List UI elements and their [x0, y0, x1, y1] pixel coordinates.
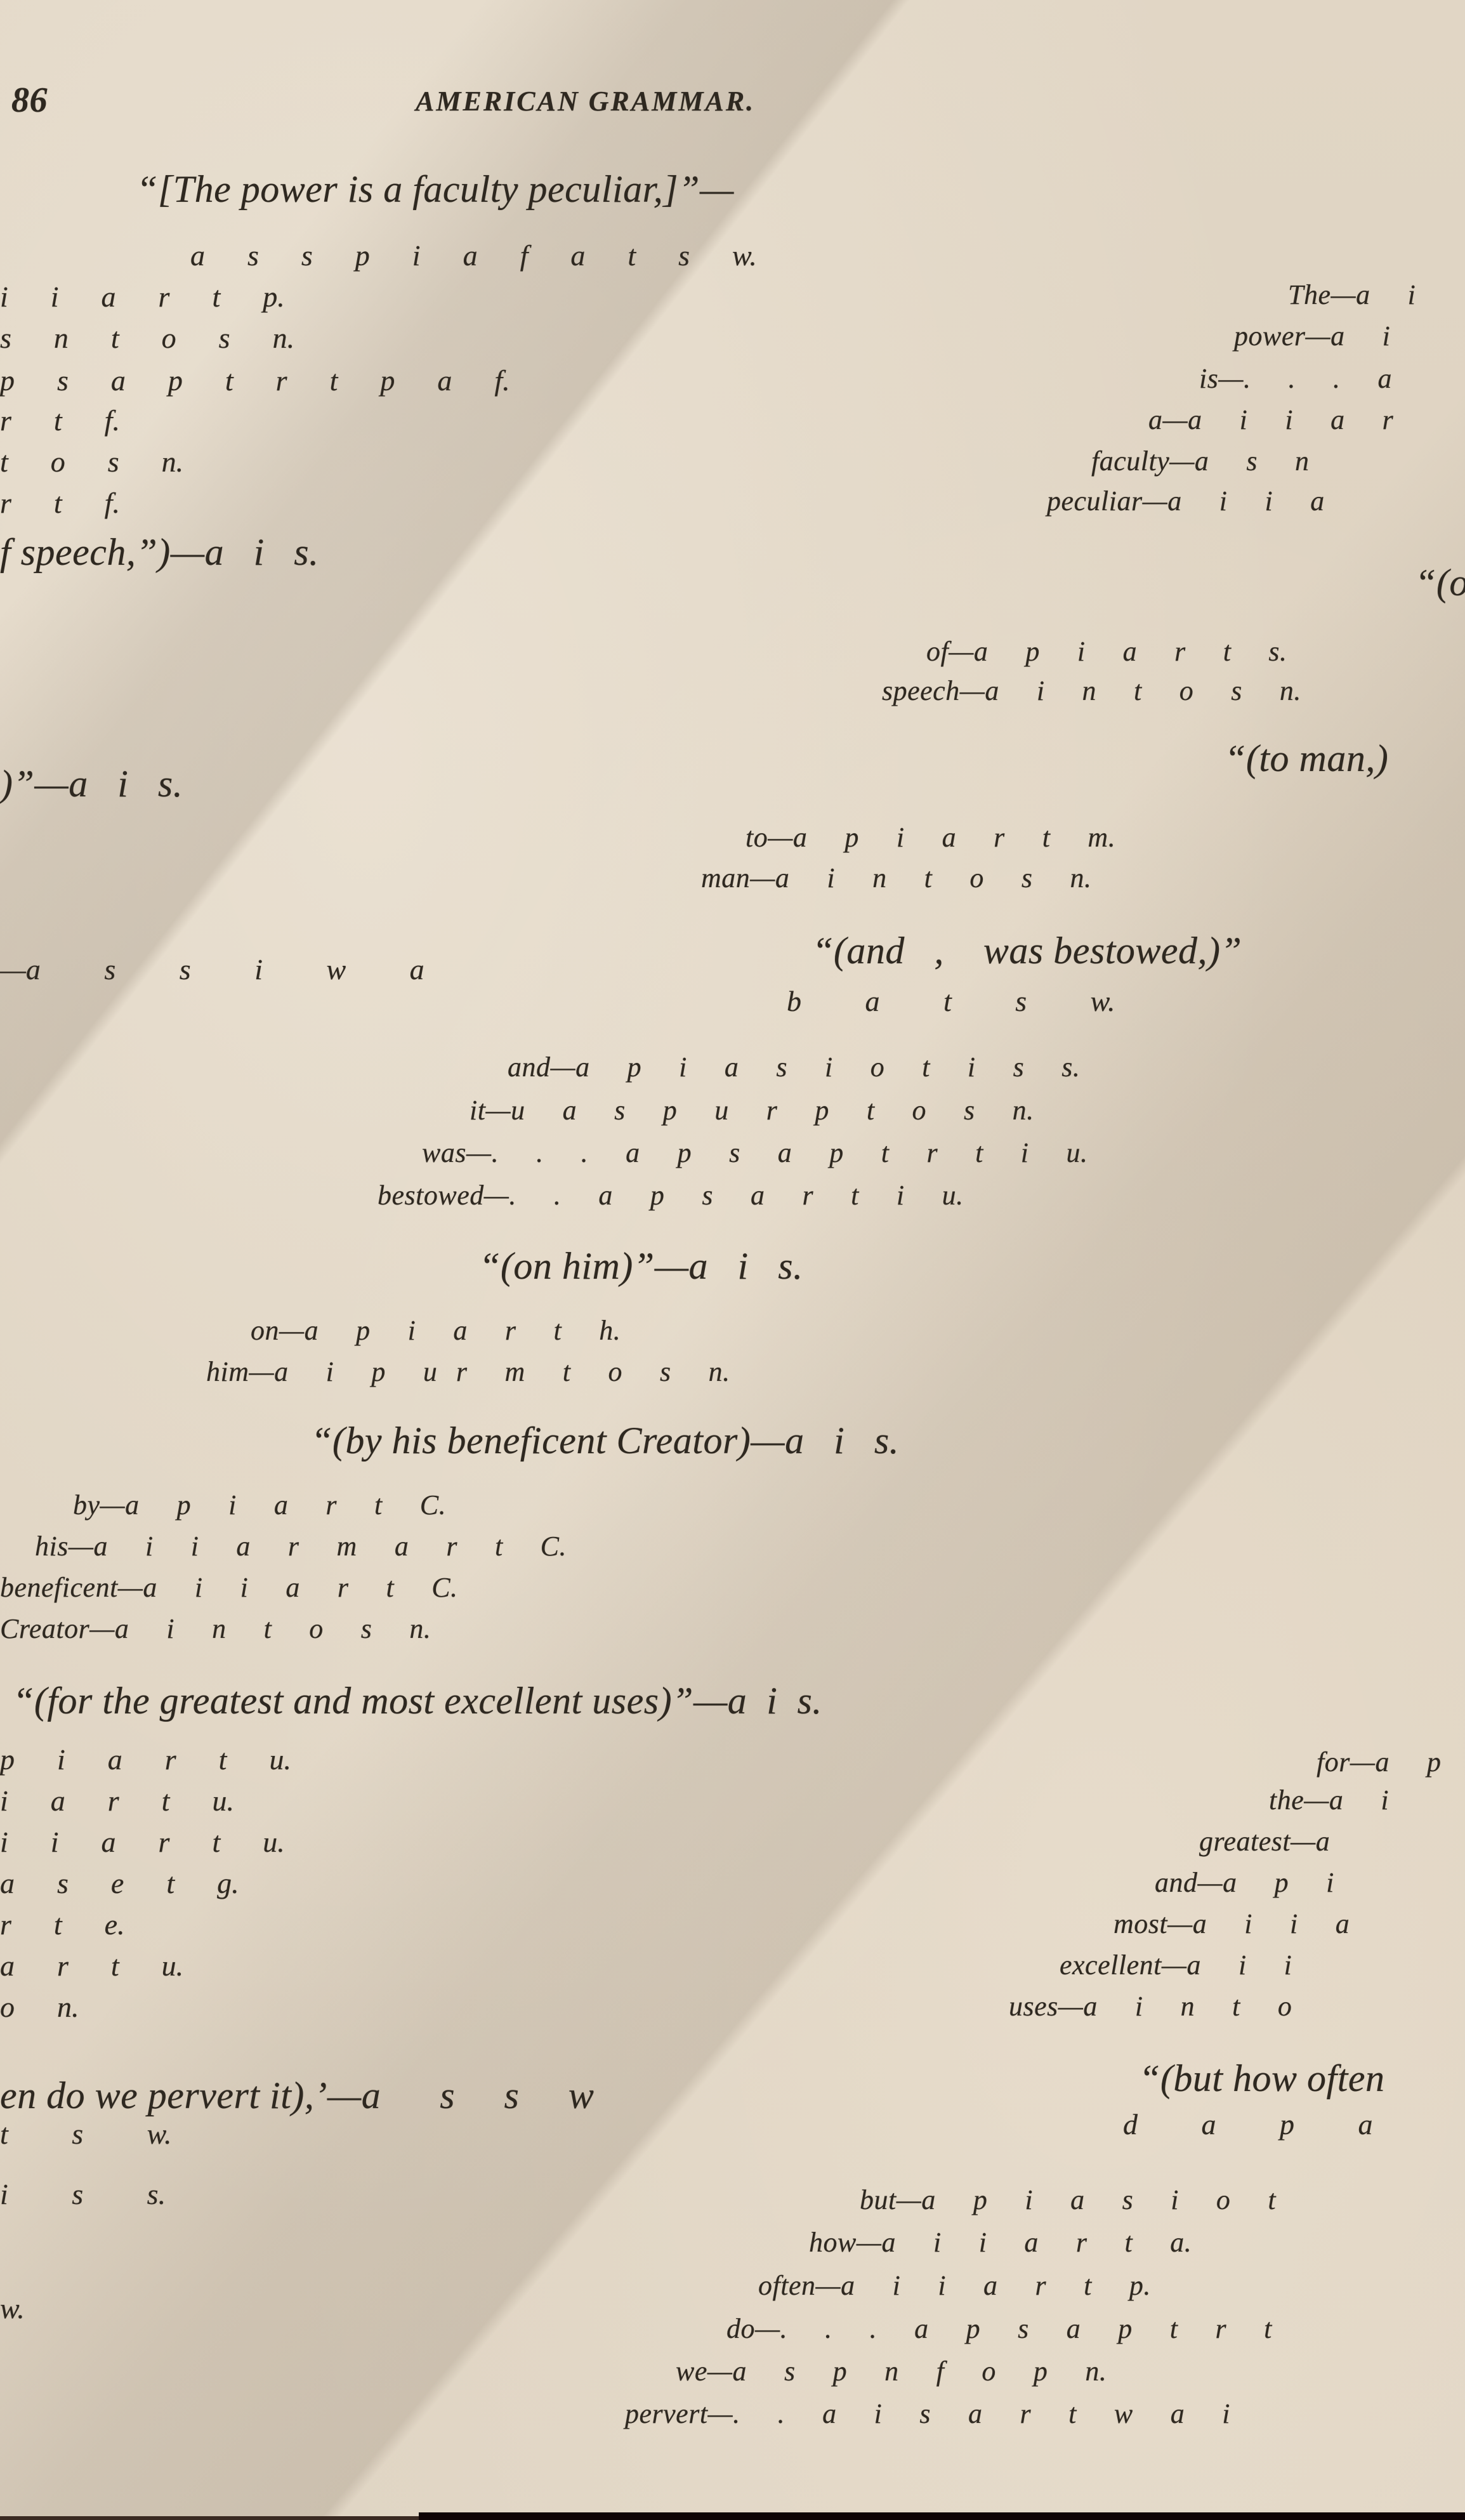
parsing-codes: p i a r t u. [0, 1745, 291, 1774]
parsing-line: greatest—a [1199, 1828, 1330, 1856]
parsing-codes: i a r t u. [0, 1786, 234, 1816]
parsing-line: pervert—. . a i s a r t w a i [625, 2400, 1230, 2428]
quoted-phrase: “(to man,) [1225, 739, 1388, 777]
parsing-line: on—a p i a r t h. [251, 1317, 621, 1345]
parsing-codes: i i a r t p. [0, 282, 285, 312]
parsing-codes: a s s p i a f a t s w. [190, 241, 757, 270]
parsing-line: power—a i [1234, 322, 1390, 350]
parsing-line: excellent—a i i [1060, 1951, 1292, 1979]
parsing-codes: i s s. [0, 2180, 166, 2209]
parsing-codes: w. [0, 2294, 25, 2323]
parsing-line: most—a i i a [1114, 1910, 1350, 1938]
quoted-phrase: “(and , was bestowed,)” [812, 932, 1242, 970]
parsing-codes: a s e t g. [0, 1869, 239, 1898]
parsing-line: his—a i i a r m a r t C. [35, 1533, 567, 1560]
parsing-line: and—a p i a s i o t i s s. [508, 1053, 1080, 1081]
quoted-phrase: f speech,”)—a i s. [0, 533, 319, 571]
parsing-line: The—a i [1288, 281, 1416, 309]
parsing-codes: d a p a [1123, 2110, 1373, 2139]
parsing-codes: b a t s w. [787, 987, 1115, 1016]
page-bottom-edge [419, 2512, 1465, 2520]
parsing-line: beneficent—a i i a r t C. [0, 1574, 458, 1602]
parsing-codes: r t e. [0, 1910, 125, 1939]
quoted-phrase: )”—a i s. [0, 765, 183, 803]
parsing-codes: o n. [0, 1993, 79, 2022]
parsing-line: often—a i i a r t p. [758, 2272, 1151, 2300]
parsing-line: man—a i n t o s n. [701, 864, 1091, 892]
parsing-codes: t s w. [0, 2120, 171, 2149]
parsing-line: is—. . . a [1199, 365, 1392, 393]
quoted-phrase: “(for the greatest and most excellent us… [13, 1682, 822, 1720]
parsing-line: how—a i i a r t a. [809, 2229, 1192, 2257]
parsing-line: we—a s p n f o p n. [676, 2358, 1107, 2385]
running-head: AMERICAN GRAMMAR. [416, 88, 755, 115]
parsing-line: it—u a s p u r p t o s n. [470, 1097, 1034, 1125]
parsing-line: Creator—a i n t o s n. [0, 1615, 431, 1643]
quoted-phrase: en do we pervert it),’—a s s w [0, 2076, 594, 2114]
parsing-line: was—. . . a p s a p t r t i u. [422, 1139, 1088, 1167]
parsing-line: by—a p i a r t C. [73, 1491, 446, 1519]
parsing-codes: p s a p t r t p a f. [0, 366, 510, 395]
parsing-line: uses—a i n t o [1009, 1993, 1292, 2021]
parsing-codes: —a s s i w a [0, 955, 424, 984]
parsing-line: speech—a i n t o s n. [882, 677, 1301, 705]
parsing-line: of—a p i a r t s. [926, 638, 1287, 666]
parsing-codes: a r t u. [0, 1951, 183, 1981]
parsing-line: a—a i i a r [1148, 406, 1393, 434]
quoted-phrase: “(on him)”—a i s. [479, 1247, 803, 1285]
parsing-codes: r t f. [0, 406, 120, 435]
page-bottom-edge-left [0, 2516, 419, 2520]
parsing-line: do—. . . a p s a p t r t [726, 2315, 1272, 2343]
parsing-line: the—a i [1269, 1786, 1389, 1814]
parsing-codes: r t f. [0, 489, 120, 518]
parsing-line: but—a p i a s i o t [860, 2186, 1276, 2214]
quoted-phrase: “(by his beneficent Creator)—a i s. [311, 1422, 899, 1460]
quoted-phrase: “[The power is a faculty peculiar,]”— [136, 170, 734, 208]
parsing-line: for—a p [1317, 1748, 1441, 1776]
parsing-line: faculty—a s n [1091, 447, 1309, 475]
parsing-codes: t o s n. [0, 447, 183, 477]
parsing-line: him—a i p u r m t o s n. [206, 1358, 730, 1386]
page-number: 86 [11, 82, 48, 118]
quoted-phrase: “(but how often [1139, 2059, 1385, 2097]
parsing-line: bestowed—. . a p s a r t i u. [378, 1182, 964, 1210]
parsing-codes: i i a r t u. [0, 1828, 285, 1857]
parsing-codes: s n t o s n. [0, 324, 294, 353]
parsing-line: peculiar—a i i a [1047, 487, 1325, 515]
quoted-phrase: “(of [1415, 564, 1465, 602]
parsing-line: and—a p i [1155, 1869, 1334, 1897]
parsing-line: to—a p i a r t m. [746, 824, 1115, 852]
